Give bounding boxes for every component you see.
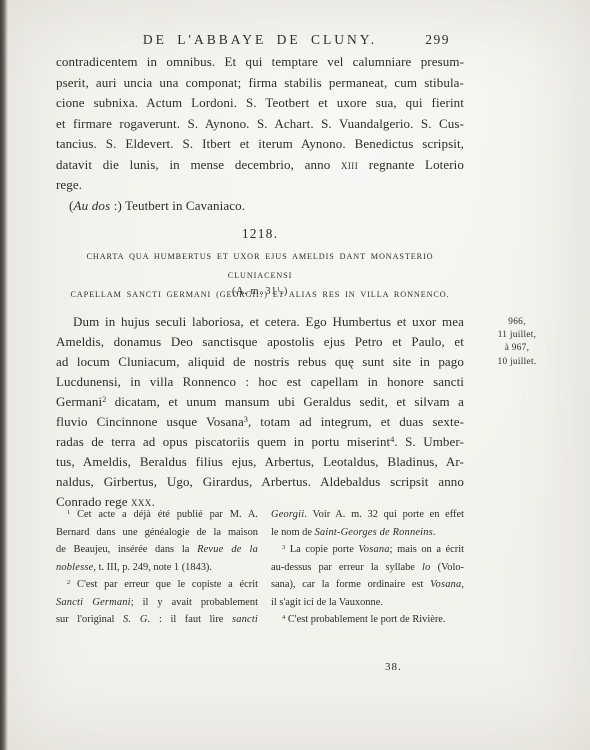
paragraph-continuation: contradicentem in omnibus. Et qui tempta… (56, 52, 464, 217)
charter-heading-line: CHARTA QUA HUMBERTUS ET UXOR EJUS AMELDI… (56, 247, 464, 285)
footnotes-block: 1 Cet acte a déjà été publié par M. A. B… (56, 506, 464, 629)
charter-number: 1218. (56, 226, 464, 242)
footnote-line: 3 La copie porte Vosana; mais on a écrit (271, 541, 464, 559)
text-line: ad locum Cluniacum, aliquid de nostris r… (56, 352, 464, 372)
footnote-line: le nom de Saint-Georges de Ronneins. (271, 524, 464, 542)
page-number: 299 (425, 32, 450, 48)
book-page-scan: DE L'ABBAYE DE CLUNY. 299 contradicentem… (0, 0, 590, 750)
footnote-line: 2 C'est par erreur que le copiste a écri… (56, 576, 258, 594)
text-line: radas de terra ad opus piscatoriis quem … (56, 432, 464, 452)
margin-note-line: 10 juillet. (480, 356, 554, 369)
footnote-line: au-dessus par erreur la syllabe lo (Volo… (271, 559, 464, 577)
text-line: tus, Ameldis, Beraldus filius ejus, Arbe… (56, 452, 464, 472)
footnote-line: Bernard dans une généalogie de la maison (56, 524, 258, 542)
text-line: et firmare rogaverunt. S. Aynono. S. Ach… (56, 114, 464, 135)
footnote-line: Georgii. Voir A. m. 32 qui porte en effe… (271, 506, 464, 524)
footnote-line: il s'agit ici de la Vauxonne. (271, 594, 464, 612)
footnote-line: 4 C'est probablement le port de Rivière. (271, 611, 464, 629)
footnote-line: sana), car la forme ordinaire est Vosana… (271, 576, 464, 594)
footnote-column-right: Georgii. Voir A. m. 32 qui porte en effe… (271, 506, 464, 629)
margin-note-line: à 967, (480, 342, 554, 355)
text-line: pserit, auri uncia una componat; firma s… (56, 73, 464, 94)
margin-note-line: 11 juillet, (480, 329, 554, 342)
charter-body: Dum in hujus seculi laboriosa, et cetera… (56, 312, 464, 512)
sheet-signature: 38. (385, 661, 402, 673)
margin-note-line: 966, (480, 316, 554, 329)
text-line: Lucdunensi, in villa Ronnenco : hoc est … (56, 372, 464, 392)
text-line: rege. (56, 175, 464, 196)
text-line: datavit die lunis, in mense decembrio, a… (56, 155, 464, 176)
charter-archive-reference: (A. m. 311.) (56, 286, 464, 297)
footnote-column-left: 1 Cet acte a déjà été publié par M. A. B… (56, 506, 258, 629)
footnote-line: de Beaujeu, insérée dans la Revue de la (56, 541, 258, 559)
margin-date-note: 966, 11 juillet, à 967, 10 juillet. (480, 316, 554, 369)
text-line: Germani2 dicatam, et unum mansum ubi Ger… (56, 392, 464, 412)
au-dos-line: (Au dos :) Teutbert in Cavaniaco. (56, 196, 464, 217)
footnote-line: sur l'original S. G. : il faut lire sanc… (56, 611, 258, 629)
page-title: DE L'ABBAYE DE CLUNY. (56, 32, 464, 48)
text-line: cione subnixa. Actum Lordoni. S. Teotber… (56, 93, 464, 114)
footnote-line: noblesse, t. III, p. 249, note 1 (1843). (56, 559, 258, 577)
text-line: Ameldis, donamus Deo sanctisque apostoli… (56, 332, 464, 352)
text-line: tancius. S. Eldevert. S. Itbert et iteru… (56, 134, 464, 155)
page-gutter-shadow (0, 0, 8, 750)
running-header: DE L'ABBAYE DE CLUNY. 299 (56, 32, 464, 52)
footnote-line: 1 Cet acte a déjà été publié par M. A. (56, 506, 258, 524)
text-line: Dum in hujus seculi laboriosa, et cetera… (56, 312, 464, 332)
text-line: naldus, Girbertus, Ugo, Girardus, Arbert… (56, 472, 464, 492)
text-line: fluvio Cincinnone usque Vosana3, totam a… (56, 412, 464, 432)
footnote-line: Sancti Germani; il y avait probablement (56, 594, 258, 612)
text-line: contradicentem in omnibus. Et qui tempta… (56, 52, 464, 73)
